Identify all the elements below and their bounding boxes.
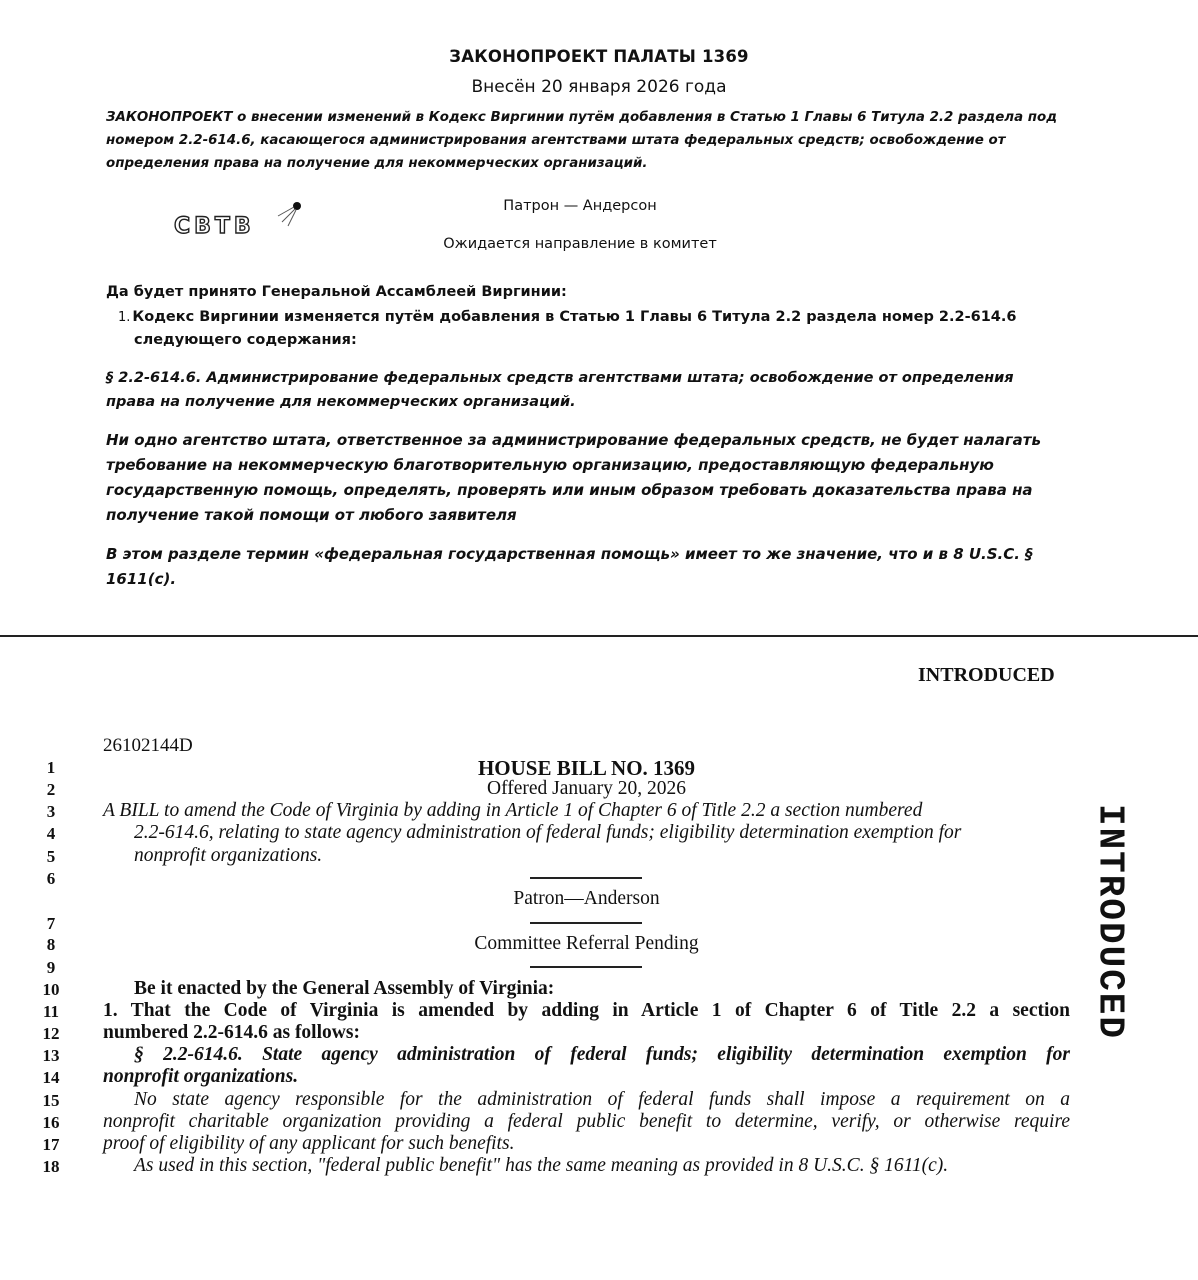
line-number: 16 [36, 1113, 66, 1133]
line-number: 17 [36, 1135, 66, 1155]
line-number: 18 [36, 1157, 66, 1177]
translated-enacting-clause: Да будет принято Генеральной Ассамблеей … [106, 284, 567, 300]
bill-line: numbered 2.2-614.6 as follows: [103, 1022, 360, 1044]
translated-committee-status: Ожидается направление в комитет [380, 236, 780, 252]
line-number: 2 [36, 780, 66, 800]
translated-definition: В этом разделе термин «федеральная госуд… [106, 542, 1076, 592]
bill-line: No state agency responsible for the admi… [134, 1089, 1070, 1111]
translated-offered-date: Внесён 20 января 2026 года [0, 77, 1198, 97]
document-id: 26102144D [103, 735, 193, 757]
bill-line: nonprofit organizations. [134, 845, 322, 867]
line-number: 6 [36, 869, 66, 889]
line-number: 1 [36, 758, 66, 778]
bill-line: Patron—Anderson [103, 888, 1070, 910]
sputnik-logo: СВТВ [174, 200, 304, 242]
translated-bill-title: ЗАКОНОПРОЕКТ ПАЛАТЫ 1369 [0, 47, 1198, 66]
line-number: 13 [36, 1046, 66, 1066]
bill-line: Be it enacted by the General Assembly of… [134, 978, 554, 1000]
bill-line: proof of eligibility of any applicant fo… [103, 1133, 514, 1155]
translated-clause-1: 1.Кодекс Виргинии изменяется путём добав… [118, 306, 1098, 352]
horizontal-rule [530, 966, 642, 968]
translated-bill-summary: ЗАКОНОПРОЕКТ о внесении изменений в Коде… [106, 106, 1066, 175]
line-number: 4 [36, 824, 66, 844]
bill-line: A BILL to amend the Code of Virginia by … [103, 800, 922, 822]
bill-line: nonprofit charitable organization provid… [103, 1111, 1070, 1133]
bill-line: Committee Referral Pending [103, 933, 1070, 955]
line-number: 8 [36, 935, 66, 955]
line-number: 3 [36, 802, 66, 822]
bill-line: As used in this section, "federal public… [134, 1155, 948, 1177]
line-number: 14 [36, 1068, 66, 1088]
line-number: 9 [36, 958, 66, 978]
clause-number: 1. [118, 310, 130, 325]
line-number: 10 [36, 980, 66, 1000]
section-divider [0, 635, 1198, 637]
bill-line: 1. That the Code of Virginia is amended … [103, 1000, 1070, 1022]
status-header: INTRODUCED [918, 664, 1055, 687]
vertical-status-text: INTRODUCED [1090, 804, 1131, 1040]
translated-section-body: Ни одно агентство штата, ответственное з… [106, 428, 1076, 528]
clause-line-2: следующего содержания: [118, 329, 1098, 352]
sputnik-icon [174, 200, 304, 242]
vertical-status-stamp: INTRODUCED [1080, 762, 1140, 1082]
translated-patron: Патрон — Андерсон [430, 198, 730, 214]
bill-line: § 2.2-614.6. State agency administration… [134, 1044, 1070, 1066]
line-number: 7 [36, 914, 66, 934]
bill-line: nonprofit organizations. [103, 1066, 298, 1088]
line-number: 15 [36, 1091, 66, 1111]
line-number: 12 [36, 1024, 66, 1044]
horizontal-rule [530, 877, 642, 879]
line-number: 5 [36, 847, 66, 867]
bill-line: 2.2-614.6, relating to state agency admi… [134, 822, 961, 844]
bill-line: Offered January 20, 2026 [103, 778, 1070, 800]
clause-line-1: Кодекс Виргинии изменяется путём добавле… [132, 309, 1016, 325]
line-number: 11 [36, 1002, 66, 1022]
horizontal-rule [530, 922, 642, 924]
translated-section-heading: § 2.2-614.6. Администрирование федеральн… [106, 366, 1066, 414]
